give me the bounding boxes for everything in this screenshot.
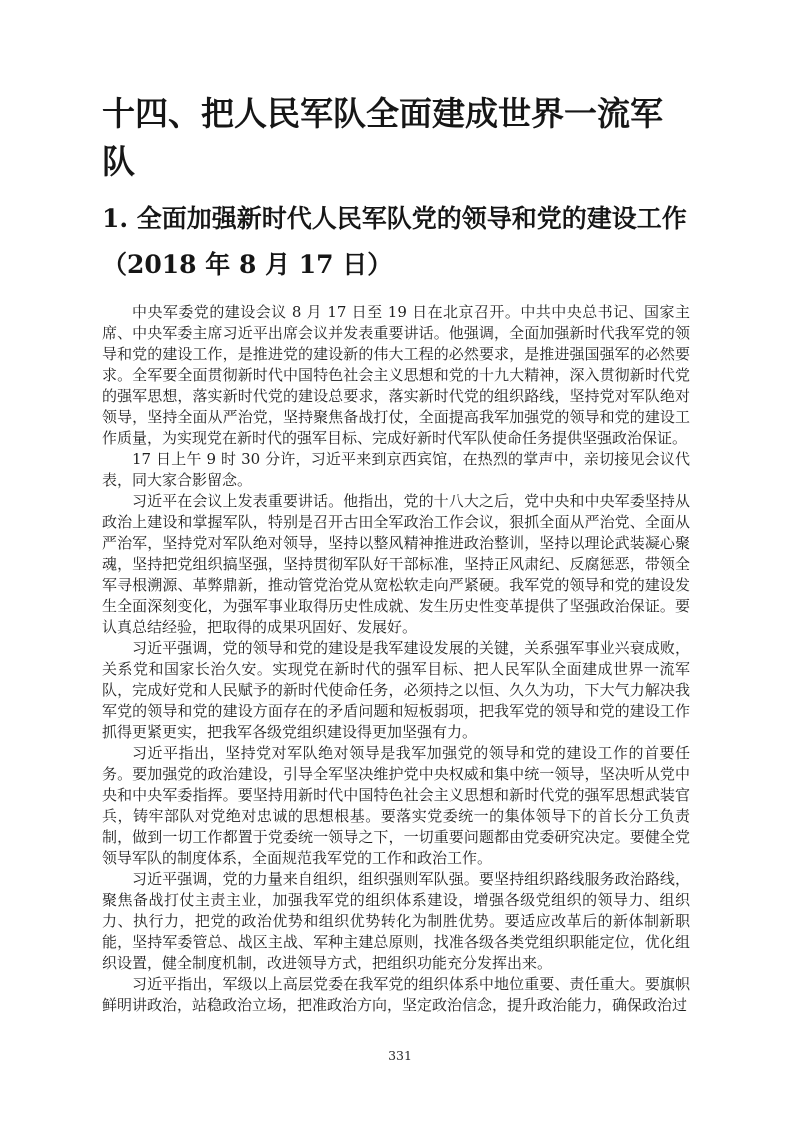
body-paragraph: 中央军委党的建设会议 8 月 17 日至 19 日在北京召开。中共中央总书记、国…: [102, 302, 690, 449]
page-number: 331: [0, 1048, 800, 1064]
body-paragraph: 习近平强调，党的力量来自组织，组织强则军队强。要坚持组织路线服务政治路线，聚焦备…: [102, 869, 690, 974]
section-title: 1. 全面加强新时代人民军队党的领导和党的建设工作（2018 年 8 月 17 …: [102, 196, 690, 288]
body-paragraph: 17 日上午 9 时 30 分许，习近平来到京西宾馆，在热烈的掌声中，亲切接见会…: [102, 449, 690, 491]
body-paragraph: 习近平强调，党的领导和党的建设是我军建设发展的关键，关系强军事业兴衰成败，关系党…: [102, 638, 690, 743]
chapter-title: 十四、把人民军队全面建成世界一流军队: [102, 90, 690, 186]
document-body: 中央军委党的建设会议 8 月 17 日至 19 日在北京召开。中共中央总书记、国…: [102, 302, 690, 1016]
body-paragraph: 习近平指出，军级以上高层党委在我军党的组织体系中地位重要、责任重大。要旗帜鲜明讲…: [102, 974, 690, 1016]
document-page: 十四、把人民军队全面建成世界一流军队 1. 全面加强新时代人民军队党的领导和党的…: [0, 0, 800, 1133]
body-paragraph: 习近平指出，坚持党对军队绝对领导是我军加强党的领导和党的建设工作的首要任务。要加…: [102, 743, 690, 869]
body-paragraph: 习近平在会议上发表重要讲话。他指出，党的十八大之后，党中央和中央军委坚持从政治上…: [102, 491, 690, 638]
